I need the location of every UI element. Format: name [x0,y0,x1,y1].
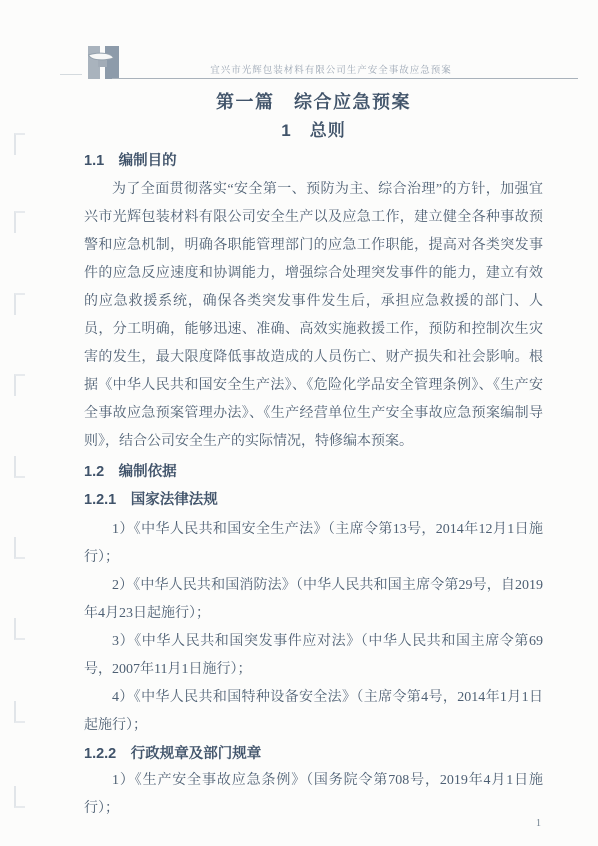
header-divider-left-fragment [60,74,82,75]
section-heading-1-2-2: 1.2.2 行政规章及部门规章 [84,745,543,764]
scan-artifact-mark [14,133,25,155]
document-content: 第一篇 综合应急预案 1 总则 1.1 编制目的 为了全面贯彻落实“安全第一、预… [84,90,543,823]
law-item-1: 1）《中华人民共和国安全生产法》（主席令第13号，2014年12月1日施行）； [84,516,543,572]
law-item-4: 4）《中华人民共和国特种设备安全法》（主席令第4号，2014年1月1日起施行）； [84,684,543,740]
scan-artifact-mark [14,293,25,315]
scanned-document-page: 宜兴市光辉包装材料有限公司生产安全事故应急预案 第一篇 综合应急预案 1 总则 … [0,0,598,846]
section-heading-1-1: 1.1 编制目的 [84,152,543,171]
regulation-item-1: 1）《生产安全事故应急条例》（国务院令第708号，2019年4月1日施行）； [84,767,543,823]
scan-artifact-mark [14,618,25,640]
paragraph-compilation-purpose: 为了全面贯彻落实“安全第一、预防为主、综合治理”的方针，加强宜兴市光辉包装材料有… [84,176,543,456]
header-doc-title: 宜兴市光辉包装材料有限公司生产安全事故应急预案 [84,62,578,76]
section-heading-1-2: 1.2 编制依据 [84,463,543,482]
header-divider [112,78,578,79]
law-item-3: 3）《中华人民共和国突发事件应对法》（中华人民共和国主席令第69号，2007年1… [84,628,543,684]
chapter-title: 1 总则 [84,120,543,142]
section-heading-1-2-1: 1.2.1 国家法律法规 [84,491,543,510]
scan-artifact-mark [14,456,25,478]
law-item-2: 2）《中华人民共和国消防法》（中华人民共和国主席令第29号，自2019年4月23… [84,572,543,628]
scan-artifact-mark [14,374,25,396]
scan-artifact-mark [14,701,25,723]
scan-artifact-mark [14,211,25,233]
part-title: 第一篇 综合应急预案 [84,90,543,114]
scan-artifact-mark [14,537,25,559]
page-header: 宜兴市光辉包装材料有限公司生产安全事故应急预案 [84,45,578,85]
scan-artifact-mark [14,786,25,808]
page-number: 1 [536,818,541,829]
